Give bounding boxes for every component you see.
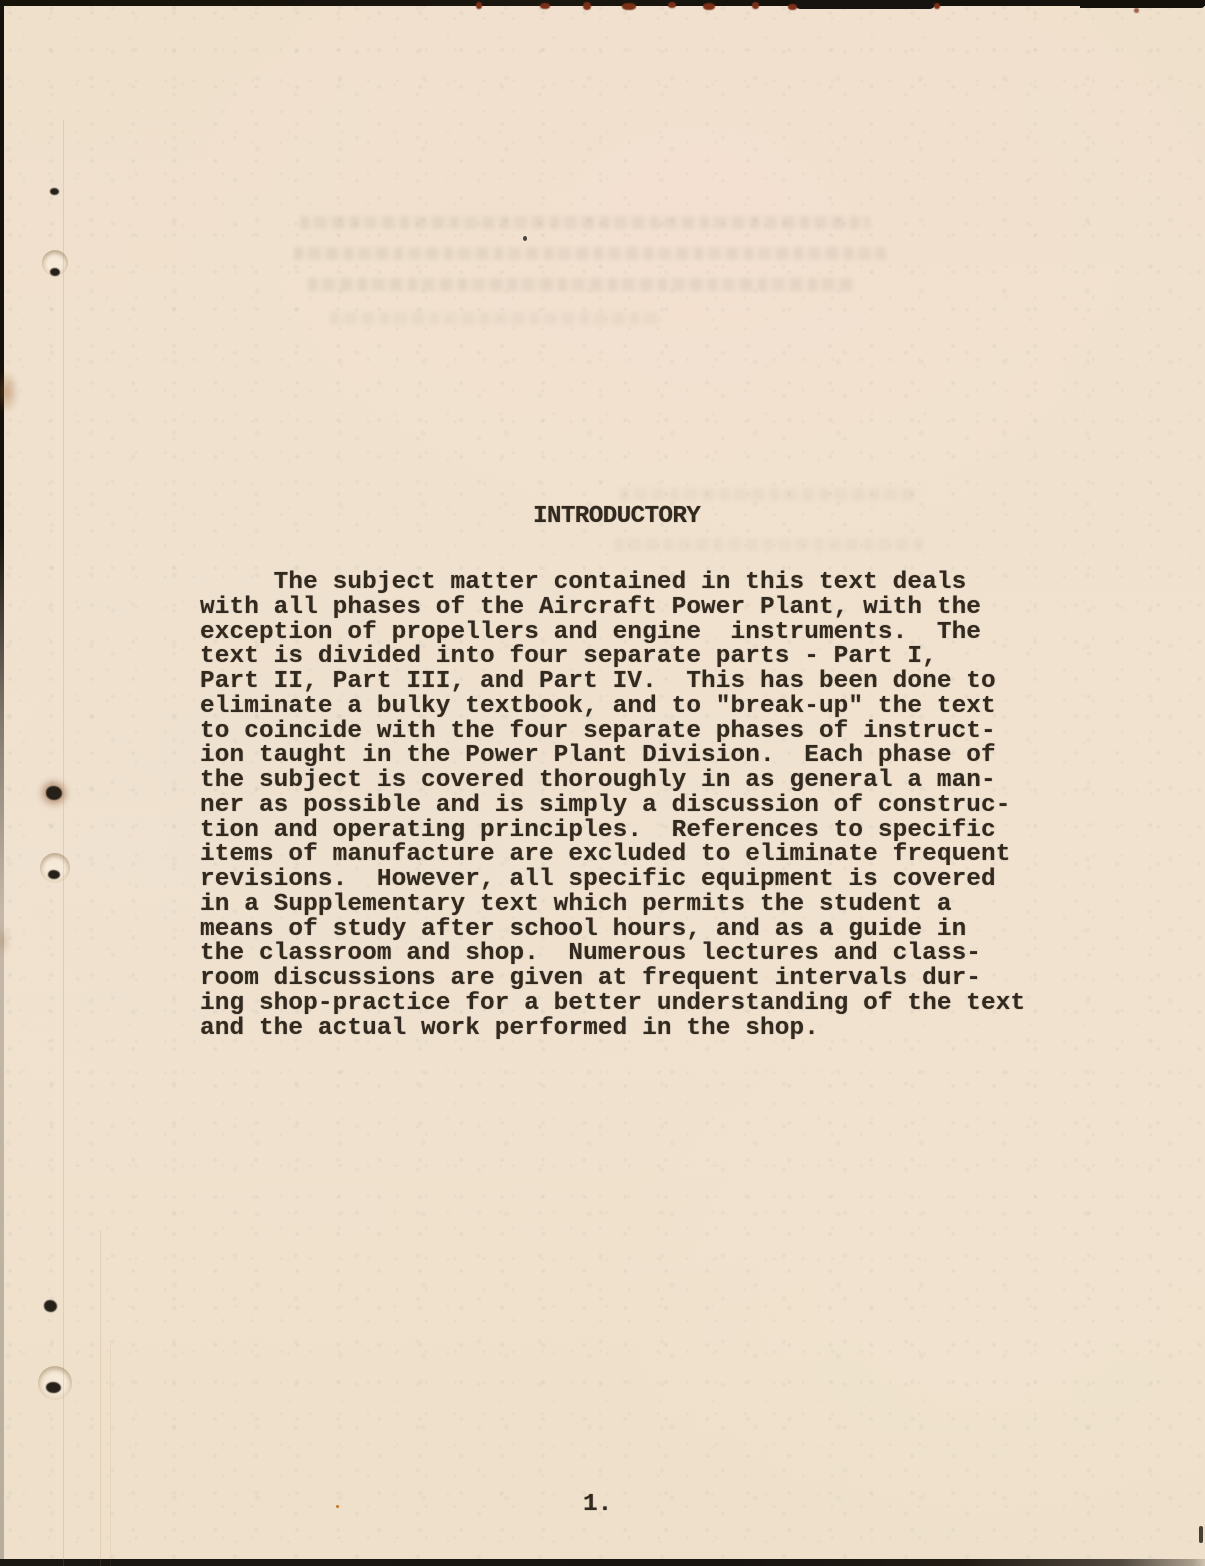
edge-stain xyxy=(0,370,19,414)
rust-speck xyxy=(540,3,550,9)
bleedthrough-line xyxy=(294,247,886,260)
bleedthrough-line xyxy=(300,216,870,229)
rust-speck xyxy=(703,3,715,10)
top-edge-shadow xyxy=(795,0,935,9)
document-title: INTRODUCTORY xyxy=(533,504,700,529)
bleedthrough-line xyxy=(308,278,853,291)
rust-speck xyxy=(1134,8,1139,13)
bottom-edge-shadow xyxy=(0,1559,1205,1566)
bleedthrough-line xyxy=(614,538,926,551)
edge-stain xyxy=(0,926,11,956)
ink-blot xyxy=(50,268,60,276)
scanned-page: INTRODUCTORY The subject matter containe… xyxy=(0,0,1205,1566)
page-number: 1. xyxy=(583,1492,612,1517)
rust-speck xyxy=(752,2,759,9)
paper-crease xyxy=(63,120,64,1566)
top-edge-shadow xyxy=(1080,0,1205,8)
rust-speck xyxy=(583,2,591,10)
paper-speck xyxy=(336,1505,339,1508)
ink-blot xyxy=(46,1382,61,1393)
left-edge-shadow xyxy=(0,0,4,1566)
paper-speck xyxy=(523,236,527,241)
body-paragraph: The subject matter contained in this tex… xyxy=(200,571,1025,1041)
top-edge-shadow xyxy=(0,0,1205,6)
paper-crease xyxy=(100,1230,101,1566)
ink-blot xyxy=(46,786,62,800)
rust-speck xyxy=(622,3,636,10)
rust-speck xyxy=(788,4,797,10)
rust-speck xyxy=(476,2,482,9)
bleedthrough-line xyxy=(620,488,920,501)
paper-crease xyxy=(110,1340,111,1566)
ink-blot xyxy=(48,870,60,879)
paper-speck xyxy=(1199,1526,1203,1543)
rust-speck xyxy=(934,3,940,9)
bleedthrough-line xyxy=(330,312,660,325)
ink-blot xyxy=(50,188,59,195)
ink-blot xyxy=(44,1300,57,1312)
rust-speck xyxy=(668,2,676,8)
